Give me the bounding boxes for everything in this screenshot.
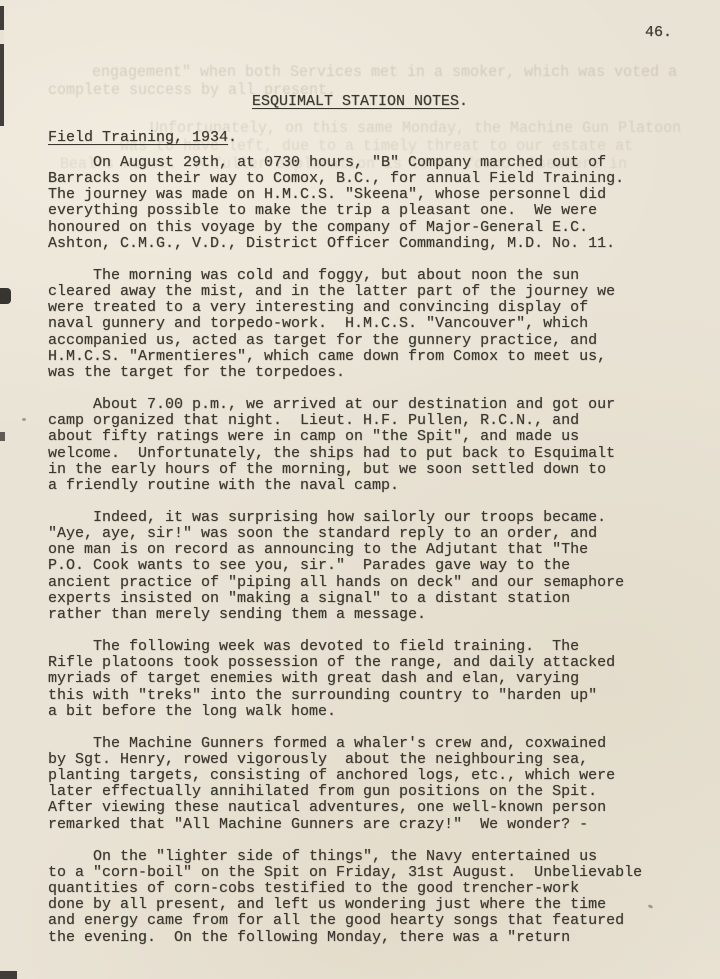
scan-edge-artifact [0,971,17,979]
scan-edge-artifact [0,6,4,126]
document-body: On August 29th, at 0730 hours, "B" Compa… [48,155,688,962]
section-heading-text: Field Training, 1934 [48,129,228,146]
page-number: 46. [645,24,672,41]
paragraph: The Machine Gunners formed a whaler's cr… [48,736,688,833]
page-title-period: . [459,93,468,110]
paragraph: On August 29th, at 0730 hours, "B" Compa… [48,155,688,252]
scanned-document-page: engagement" when both Services met in a … [0,0,720,979]
paragraph: The following week was devoted to field … [48,639,688,720]
paper-speck [22,418,26,421]
paragraph: Indeed, it was surprising how sailorly o… [48,510,688,623]
paragraph: About 7.00 p.m., we arrived at our desti… [48,397,688,494]
section-heading-period: . [228,129,237,146]
section-heading: Field Training, 1934. [48,129,237,146]
scan-edge-artifact [0,432,5,441]
page-title: ESQUIMALT STATION NOTES. [0,93,720,110]
paragraph: The morning was cold and foggy, but abou… [48,268,688,381]
page-title-text: ESQUIMALT STATION NOTES [252,93,459,110]
scan-edge-artifact [0,288,11,304]
paragraph: On the "lighter side of things", the Nav… [48,849,688,946]
bleed-through-line: engagement" when both Services met in a … [92,64,677,81]
scan-edge-gap [0,30,4,44]
